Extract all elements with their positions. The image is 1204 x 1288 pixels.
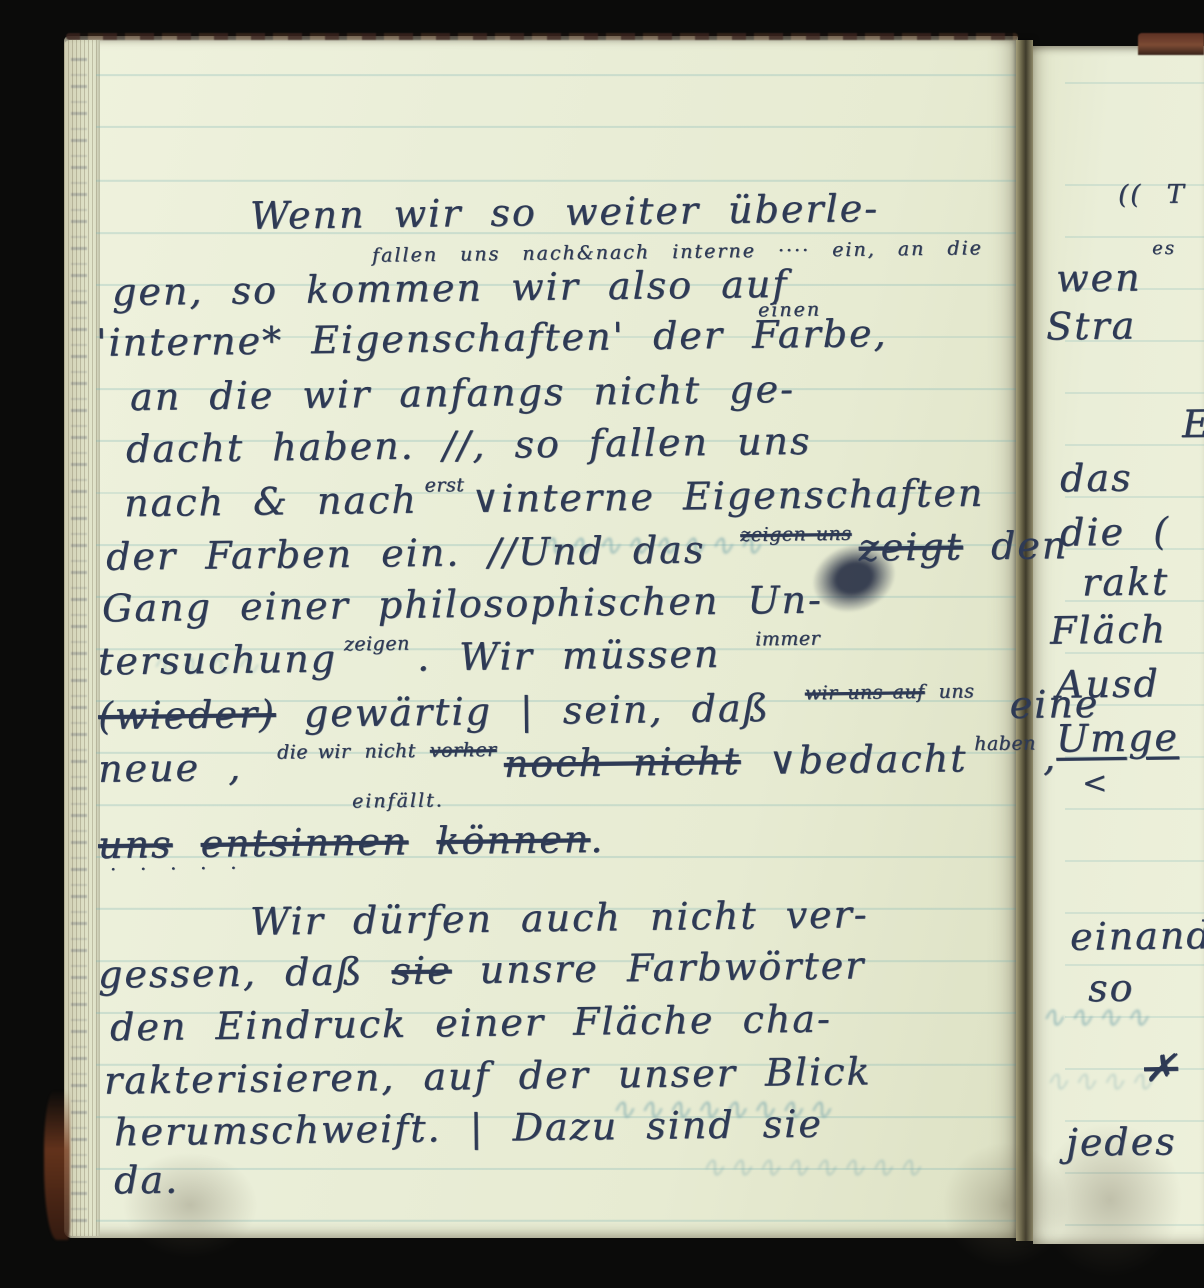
page-edge-ink-marks <box>71 52 87 1222</box>
offset-ink-ghost: ∿∿∿∿ <box>150 648 263 683</box>
finger-smudge <box>120 1150 260 1260</box>
offset-ink-ghost: ∿∿∿∿∿∿∿∿ <box>700 1150 925 1185</box>
cover-edge-left-bottom <box>44 1090 70 1240</box>
offset-ink-ghost: ∿∿∿∿∿∿∿∿ <box>610 1092 835 1127</box>
finger-smudge <box>1035 1120 1185 1280</box>
offset-ink-ghost: ∿∿∿∿ <box>1040 1000 1153 1035</box>
ruled-lines-left <box>96 36 1018 1234</box>
manuscript-photo: ∿∿∿∿∿∿∿∿ ∿∿∿∿ ∿∿∿∿∿∿∿∿ ∿∿∿∿∿∿∿∿ ∿∿∿∿ ∿∿∿… <box>0 0 1204 1288</box>
cover-edge-top-right <box>1138 33 1204 55</box>
offset-ink-ghost: ∿∿∿∿∿∿∿∿ <box>540 528 765 563</box>
page-edge-stack <box>64 40 100 1236</box>
binding-gutter <box>1016 40 1033 1241</box>
left-page <box>64 36 1018 1238</box>
ruled-lines-right <box>1065 46 1204 1240</box>
offset-ink-ghost: ∿∿∿∿ <box>1044 1064 1157 1099</box>
